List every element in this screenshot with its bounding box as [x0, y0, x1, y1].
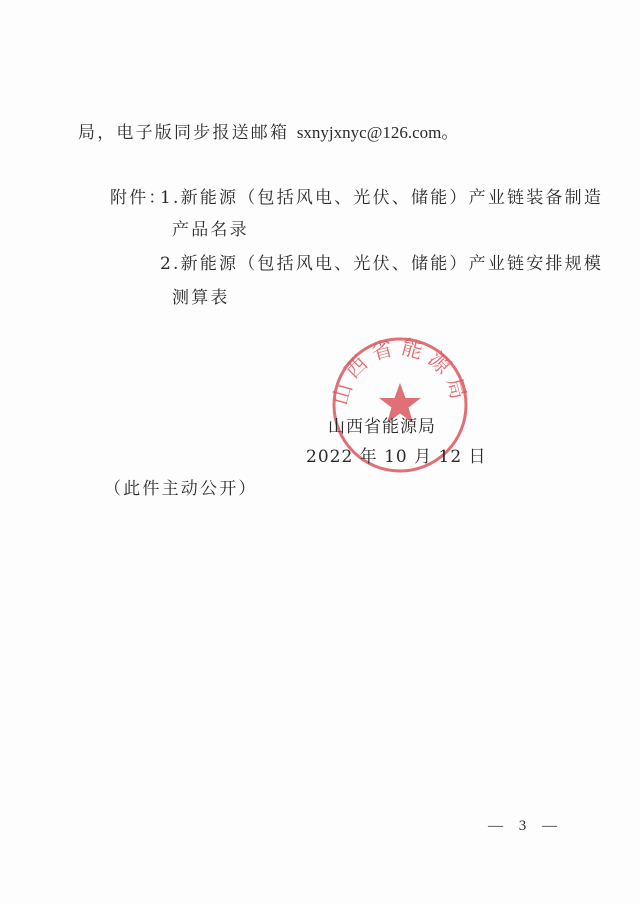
signature-date: 2022 年 10 月 12 日	[306, 442, 487, 467]
disclosure-note: （此件主动公开）	[104, 474, 258, 499]
attachment-1-line1: 1.新能源（包括风电、光伏、储能）产业链装备制造	[160, 183, 603, 208]
body-text-suffix: 。	[441, 123, 460, 143]
attachments-label: 附件：	[110, 183, 168, 208]
body-line-email: 局，电子版同步报送邮箱 sxnyjxnyc@126.com。	[78, 118, 461, 143]
signature-organization: 山西省能源局	[328, 412, 436, 437]
body-text: 局，电子版同步报送邮箱	[78, 123, 297, 143]
attachment-2-line1: 2.新能源（包括风电、光伏、储能）产业链安排规模	[160, 249, 603, 274]
attachment-2-line2: 测算表	[172, 283, 230, 308]
attachment-1-line2: 产品名录	[172, 215, 249, 240]
email-address: sxnyjxnyc@126.com	[297, 123, 442, 142]
page-number: — 3 —	[488, 818, 563, 835]
